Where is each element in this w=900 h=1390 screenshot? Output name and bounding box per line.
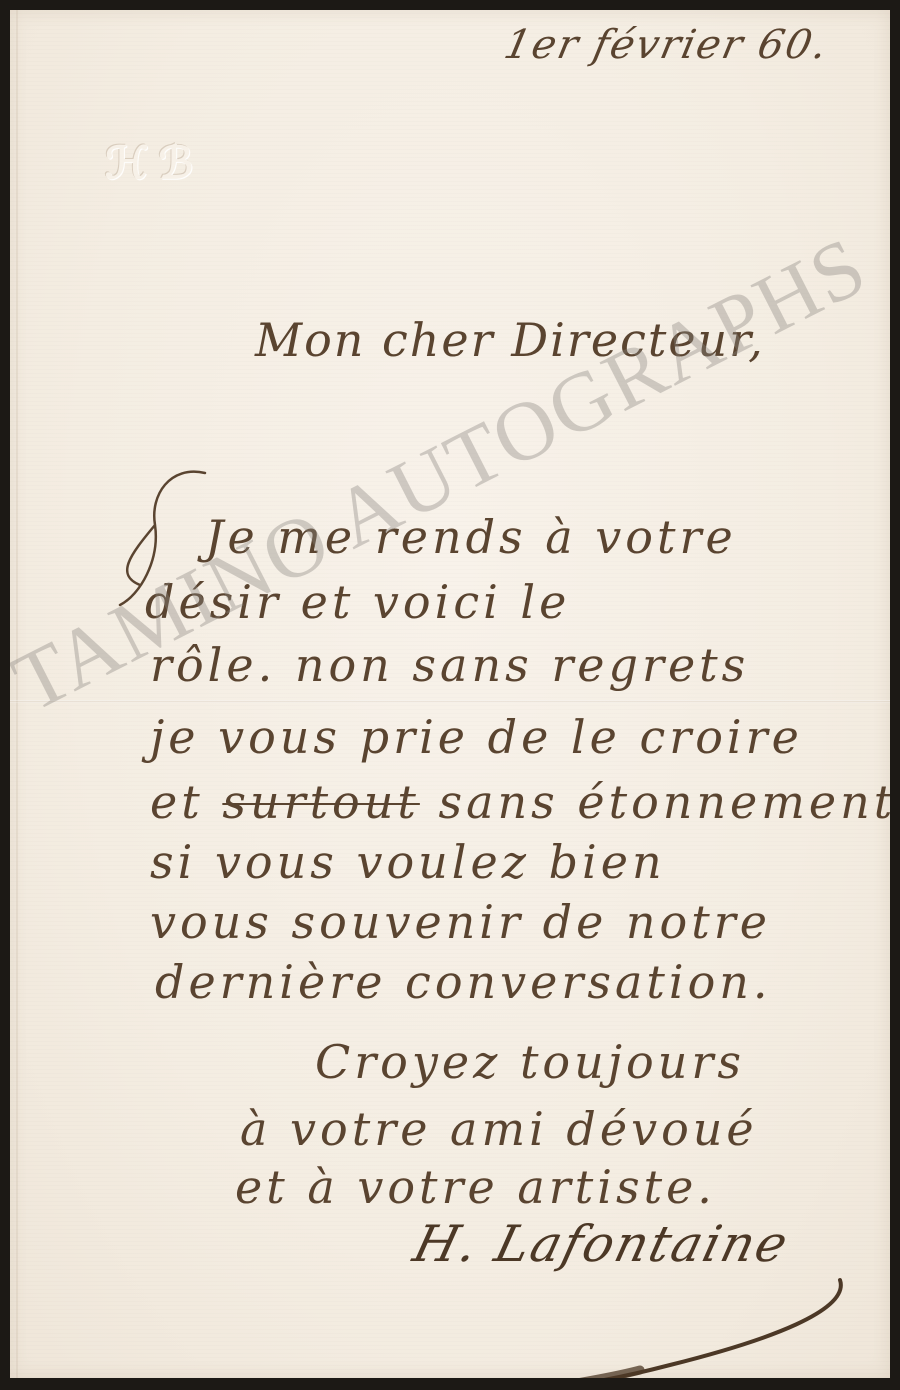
body-line-8: dernière conversation.: [155, 955, 772, 1009]
body-line-5-end: sans étonnement.: [420, 775, 890, 829]
closing-line-1: Croyez toujours: [315, 1035, 745, 1089]
vertical-fold-line: [16, 10, 18, 1378]
body-line-4: je vous prie de le croire: [150, 710, 803, 764]
body-line-5: et surtout sans étonnement.: [150, 775, 890, 829]
embossed-monogram: ℋℬ: [105, 138, 235, 198]
date-line: 1er février 60.: [500, 22, 833, 68]
body-line-2: désir et voici le: [145, 575, 570, 629]
scan-frame: ℋℬ 1er février 60. Mon cher Directeur, J…: [0, 0, 900, 1390]
body-line-3: rôle. non sans regrets: [150, 638, 749, 692]
body-line-6: si vous voulez bien: [150, 835, 666, 889]
body-line-5-start: et: [150, 775, 222, 829]
letter-paper: ℋℬ 1er février 60. Mon cher Directeur, J…: [10, 10, 890, 1378]
body-line-1: Je me rends à votre: [205, 510, 737, 564]
closing-line-3: et à votre artiste.: [235, 1160, 716, 1214]
signature: H. Lafontaine: [408, 1215, 795, 1273]
body-line-7: vous souvenir de notre: [150, 895, 771, 949]
struck-word: surtout: [222, 775, 420, 829]
salutation: Mon cher Directeur,: [255, 313, 765, 367]
signature-flourish-decoration: [520, 1270, 880, 1378]
closing-line-2: à votre ami dévoué: [240, 1102, 758, 1156]
horizontal-fold-line: [10, 700, 890, 703]
